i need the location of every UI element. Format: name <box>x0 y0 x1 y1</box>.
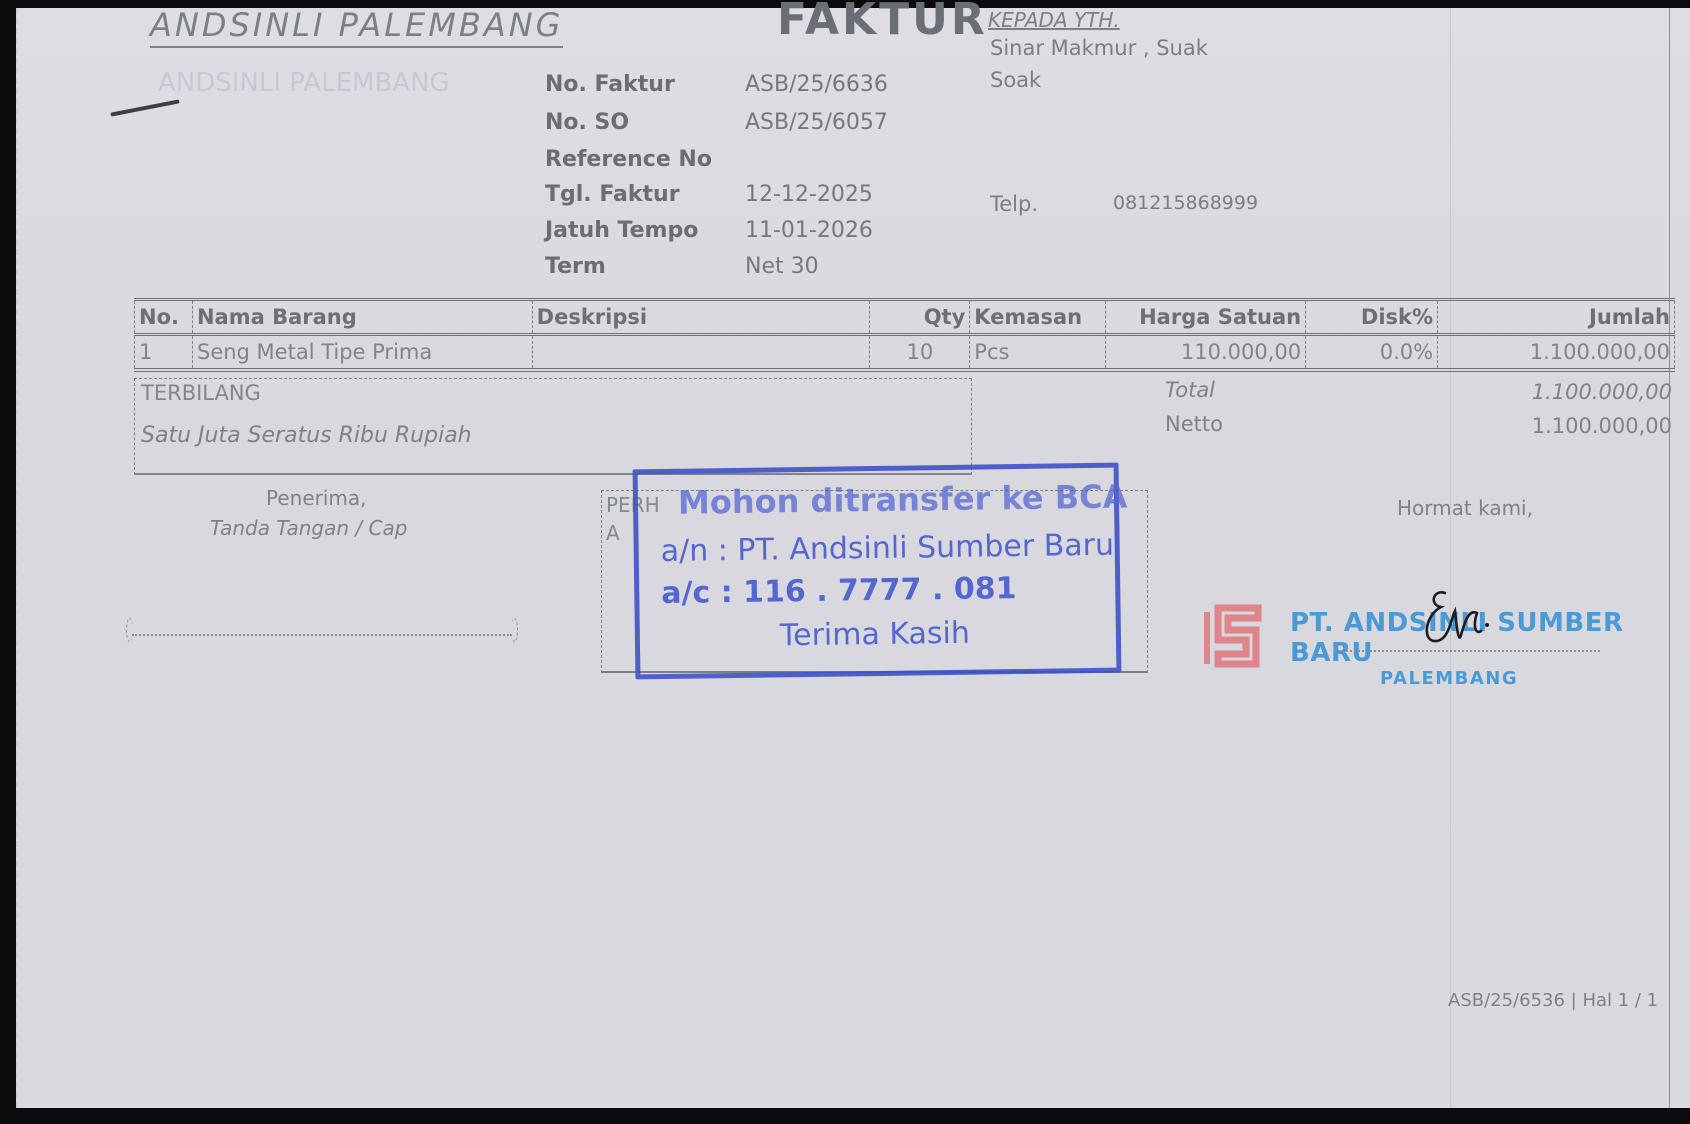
receiver-signature-line <box>132 622 512 636</box>
total-value: 1.100.000,00 <box>1432 380 1672 404</box>
cell-jumlah: 1.100.000,00 <box>1438 335 1675 371</box>
phone-label: Telp. <box>990 192 1038 216</box>
col-header-harga-satuan: Harga Satuan <box>1106 300 1306 335</box>
cell-kemasan: Pcs <box>970 335 1106 371</box>
meta-value-jatuh-tempo: 11-01-2026 <box>745 218 873 243</box>
col-header-disk: Disk% <box>1306 300 1438 335</box>
cell-nama-barang: Seng Metal Tipe Prima <box>192 335 532 371</box>
pen-mark <box>110 99 179 116</box>
cell-harga-satuan: 110.000,00 <box>1106 335 1306 371</box>
company-name: ANDSINLI PALEMBANG <box>150 6 563 48</box>
meta-value-no-faktur: ASB/25/6636 <box>745 72 888 97</box>
cell-no: 1 <box>135 335 193 371</box>
stamp-line-account-name: a/n : PT. Andsinli Sumber Baru <box>660 528 1114 569</box>
meta-label-no-faktur: No. Faktur <box>545 72 675 97</box>
col-header-no: No. <box>135 300 193 335</box>
col-header-kemasan: Kemasan <box>970 300 1106 335</box>
meta-value-no-so: ASB/25/6057 <box>745 110 888 135</box>
paper-fold-line <box>1450 8 1451 1108</box>
terbilang-label: TERBILANG <box>141 381 261 405</box>
meta-label-no-so: No. SO <box>545 110 629 135</box>
table-header-row: No. Nama Barang Deskripsi Qty Kemasan Ha… <box>135 300 1675 335</box>
cell-qty: 10 <box>870 335 970 371</box>
recipient-address: Soak <box>990 68 1041 92</box>
company-stamp-city: PALEMBANG <box>1380 668 1690 689</box>
col-header-deskripsi: Deskripsi <box>532 300 870 335</box>
col-header-qty: Qty <box>870 300 970 335</box>
document-title: FAKTUR <box>777 0 988 45</box>
asb-logo-icon <box>1200 600 1262 672</box>
paper-edge-line <box>1669 8 1670 1108</box>
recipient-heading: KEPADA YTH. <box>988 8 1120 32</box>
total-label: Total <box>1165 378 1215 402</box>
terbilang-text: Satu Juta Seratus Ribu Rupiah <box>141 423 472 448</box>
stamp-line-thanks: Terima Kasih <box>780 616 970 654</box>
receiver-sign-caption: Tanda Tangan / Cap <box>210 516 407 540</box>
recipient-name: Sinar Makmur , Suak <box>990 36 1208 60</box>
sender-signature-line <box>1338 642 1600 652</box>
netto-value: 1.100.000,00 <box>1432 414 1672 438</box>
col-header-jumlah: Jumlah <box>1438 300 1675 335</box>
ghost-company-name: ANDSINLI PALEMBANG <box>158 68 450 98</box>
phone-value: 081215868999 <box>1113 192 1258 214</box>
stamp-line-account-number: a/c : 116 . 7777 . 081 <box>661 571 1017 611</box>
meta-label-reference: Reference No <box>545 147 712 172</box>
meta-label-term: Term <box>545 254 606 279</box>
col-header-nama-barang: Nama Barang <box>192 300 532 335</box>
cell-deskripsi <box>532 335 870 371</box>
receiver-label: Penerima, <box>266 486 367 510</box>
company-logo-icon <box>1200 600 1260 670</box>
meta-value-term: Net 30 <box>745 254 819 279</box>
table-row: 1 Seng Metal Tipe Prima 10 Pcs 110.000,0… <box>135 335 1675 371</box>
meta-label-jatuh-tempo: Jatuh Tempo <box>545 218 698 243</box>
notice-text: A <box>606 521 620 545</box>
netto-label: Netto <box>1165 412 1223 436</box>
items-table: No. Nama Barang Deskripsi Qty Kemasan Ha… <box>134 298 1675 372</box>
page-footer: ASB/25/6536 | Hal 1 / 1 <box>1448 990 1658 1011</box>
stamp-line-transfer: Mohon ditransfer ke BCA <box>678 477 1128 521</box>
sender-label: Hormat kami, <box>1397 496 1533 520</box>
terbilang-box: TERBILANG Satu Juta Seratus Ribu Rupiah <box>134 378 972 475</box>
meta-label-tgl-faktur: Tgl. Faktur <box>545 182 680 207</box>
cell-disk: 0.0% <box>1306 335 1438 371</box>
meta-value-tgl-faktur: 12-12-2025 <box>745 182 873 207</box>
bank-transfer-stamp: Mohon ditransfer ke BCA a/n : PT. Andsin… <box>633 463 1122 680</box>
